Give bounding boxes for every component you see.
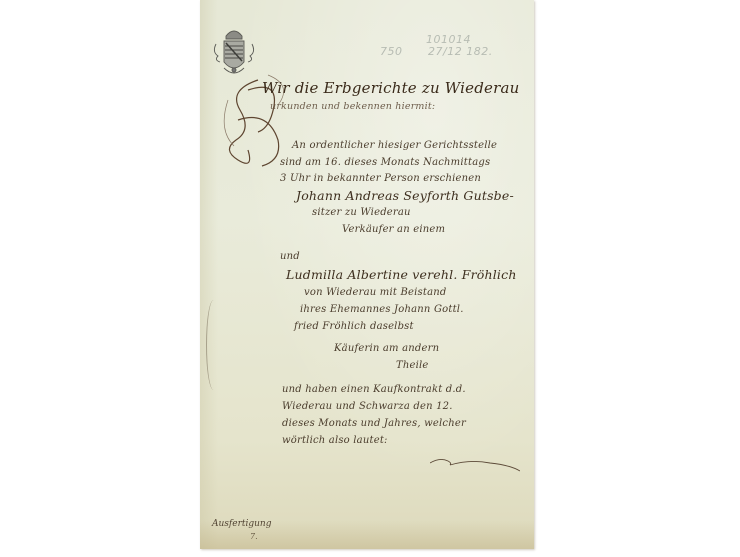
body-line: von Wiederau mit Beistand (304, 287, 447, 298)
document-subheading: urkunden und bekennen hiermit: (270, 101, 435, 112)
body-line: Johann Andreas Seyforth Gutsbe- (296, 188, 514, 203)
body-line: sitzer zu Wiederau (312, 207, 411, 218)
pencil-note-right: 27/12 182. (428, 45, 493, 58)
document-heading: Wir die Erbgerichte zu Wiederau (262, 79, 519, 97)
body-line: 3 Uhr in bekannter Person erschienen (280, 173, 481, 184)
body-line: Ludmilla Albertine verehl. Fröhlich (286, 267, 517, 282)
body-line: Verkäufer an einem (342, 224, 445, 235)
signature: Ausfertigung (212, 519, 271, 529)
body-line: sind am 16. dieses Monats Nachmittags (280, 157, 490, 168)
paper-fold-line (206, 300, 221, 390)
body-line: dieses Monats und Jahres, welcher (282, 418, 466, 429)
body-line: und haben einen Kaufkontrakt d.d. (282, 384, 466, 395)
body-line: An ordentlicher hiesiger Gerichtsstelle (292, 140, 497, 151)
document-page: 101014 750 27/12 182. Wir die Erbgericht… (200, 0, 534, 549)
pencil-note-left: 750 (380, 45, 403, 58)
body-line: und (280, 251, 300, 262)
body-line: ihres Ehemannes Johann Gottl. (300, 304, 464, 315)
body-line: wörtlich also lautet: (282, 435, 388, 446)
body-line: Wiederau und Schwarza den 12. (282, 401, 453, 412)
body-line: fried Fröhlich daselbst (294, 321, 414, 332)
signature-mark: 7. (250, 532, 258, 541)
body-line: Theile (396, 360, 429, 371)
body-line: Käuferin am andern (334, 343, 439, 354)
closing-flourish-line (430, 455, 520, 473)
